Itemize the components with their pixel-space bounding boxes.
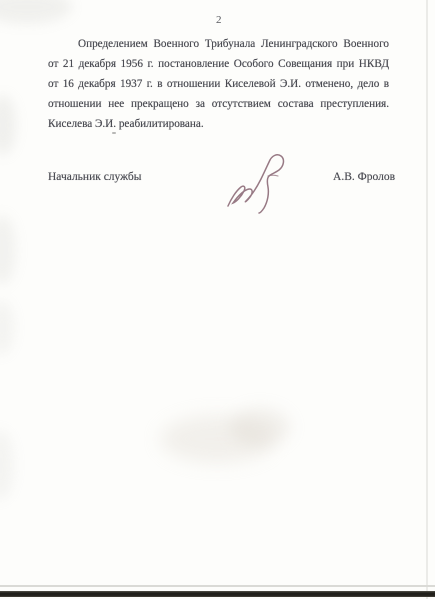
ink-bleed-through <box>230 408 290 446</box>
paragraph-line: отношении нее прекращено за отсутствием … <box>48 94 389 114</box>
scan-edge-dark-band <box>0 591 435 597</box>
scan-smudge <box>0 215 16 285</box>
signatory-title: Начальник службы <box>48 171 142 183</box>
scan-edge-line <box>0 585 435 587</box>
page-number: 2 <box>48 14 390 26</box>
ink-bleed-through <box>160 415 275 463</box>
scan-smudge <box>0 95 16 155</box>
signatory-name: А.В. Фролов <box>333 171 395 183</box>
scan-smudge <box>0 300 14 355</box>
scanned-document-page: 2 Определением Военного Трибунала Ленинг… <box>0 0 435 599</box>
page-edge-shadow <box>426 0 428 599</box>
paragraph-line: Определением Военного Трибунала Ленингра… <box>48 34 389 54</box>
paragraph-line: Киселева Э.И. реабилитирована. <box>48 114 389 134</box>
signature-icon <box>221 149 297 223</box>
paragraph-line: от 21 декабря 1956 г. постановление Особ… <box>48 54 389 74</box>
paragraph: Определением Военного Трибунала Ленингра… <box>48 34 389 134</box>
paragraph-line: от 16 декабря 1937 г. в отношении Киселе… <box>48 74 389 94</box>
scan-smudge <box>0 430 14 500</box>
